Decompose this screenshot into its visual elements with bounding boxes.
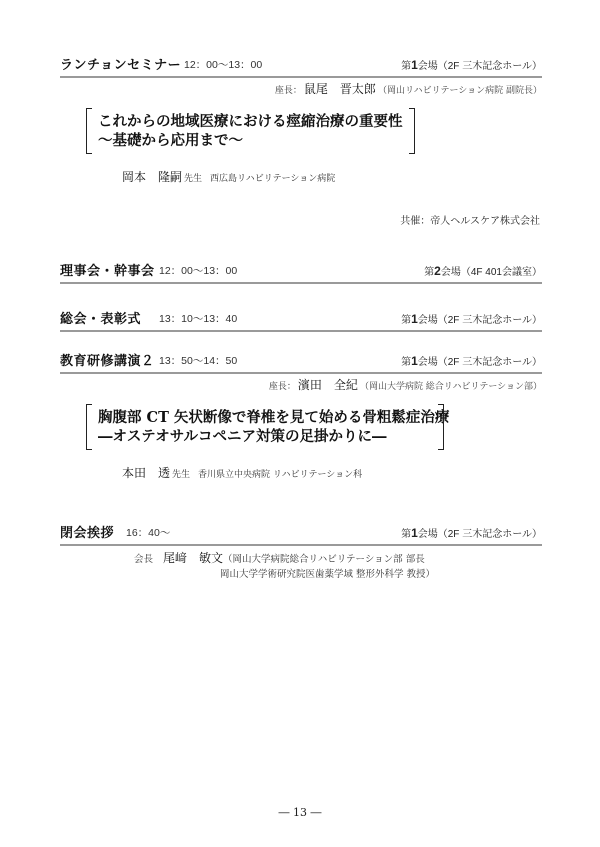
session-time: 12：00～13：00: [159, 263, 237, 278]
chair-name: 濱田 全紀: [298, 378, 358, 392]
session-room: 第2会場（4F 401会議室）: [424, 263, 542, 278]
session-time: 16：40～: [126, 525, 170, 540]
lecture-title: 胸腹部 CT 矢状断像で脊椎を見て始める骨粗鬆症治療: [98, 408, 432, 427]
page-number: ― 13 ―: [0, 806, 600, 819]
program-page: ランチョンセミナー 12：00～13：00 第1会場（2F 三木記念ホール） 座…: [0, 0, 600, 847]
session-header-closing: 閉会挨拶 16：40～ 第1会場（2F 三木記念ホール）: [60, 524, 542, 546]
right-bracket: [409, 108, 415, 154]
session-header-general: 総会・表彰式 13：10～13：40 第1会場（2F 三木記念ホール）: [60, 310, 542, 332]
right-bracket: [438, 404, 444, 450]
chair-name: 鼠尾 晋太郎: [304, 82, 376, 96]
session-time: 12：00～13：00: [184, 57, 262, 72]
chair-affiliation: （岡山リハビリテーション病院 副院長）: [378, 86, 542, 96]
left-bracket: [86, 108, 92, 154]
speaker: 岡本 隆嗣先生西広島リハビリテーション病院: [122, 168, 335, 185]
session-title: 閉会挨拶: [60, 522, 114, 541]
speaker: 本田 透先生香川県立中央病院 リハビリテーション科: [122, 464, 362, 481]
chairperson: 座長：濱田 全紀（岡山大学病院 総合リハビリテーション部）: [269, 376, 542, 393]
speaker-name: 岡本 隆嗣: [122, 170, 182, 184]
session-room: 第1会場（2F 三木記念ホール）: [401, 57, 542, 72]
speaker-affiliation-2: 岡山大学学術研究院医歯薬学域 整形外科学 教授）: [134, 567, 435, 582]
session-time: 13：50～14：50: [159, 353, 237, 368]
chairperson: 座長：鼠尾 晋太郎（岡山リハビリテーション病院 副院長）: [275, 80, 542, 97]
session-header-board: 理事会・幹事会 12：00～13：00 第2会場（4F 401会議室）: [60, 262, 542, 284]
lecture-title-box: 胸腹部 CT 矢状断像で脊椎を見て始める骨粗鬆症治療 ―オステオサルコペニア対策…: [86, 404, 444, 450]
session-title: 総会・表彰式: [60, 308, 141, 327]
left-bracket: [86, 404, 92, 450]
session-title: 理事会・幹事会: [60, 260, 155, 279]
speaker-affiliation: （岡山大学病院総合リハビリテーション部 部長: [223, 554, 425, 565]
session-header-luncheon: ランチョンセミナー 12：00～13：00 第1会場（2F 三木記念ホール）: [60, 56, 542, 78]
session-title: ランチョンセミナー: [60, 54, 181, 73]
session-header-education: 教育研修講演２ 13：50～14：50 第1会場（2F 三木記念ホール）: [60, 352, 542, 374]
lecture-subtitle: ～基礎から応用まで～: [98, 131, 403, 150]
session-title: 教育研修講演２: [60, 350, 155, 369]
session-room: 第1会場（2F 三木記念ホール）: [401, 525, 542, 540]
lecture-title-box: これからの地域医療における痙縮治療の重要性 ～基礎から応用まで～: [86, 108, 415, 154]
lecture-subtitle: ―オステオサルコペニア対策の足掛かりに―: [98, 427, 432, 446]
session-time: 13：10～13：40: [159, 311, 237, 326]
speaker-affiliation: 西広島リハビリテーション病院: [210, 174, 335, 184]
session-room: 第1会場（2F 三木記念ホール）: [401, 353, 542, 368]
closing-speaker: 会長尾﨑 敏文（岡山大学病院総合リハビリテーション部 部長 岡山大学学術研究院医…: [134, 551, 435, 582]
session-room: 第1会場（2F 三木記念ホール）: [401, 311, 542, 326]
speaker-affiliation: 香川県立中央病院 リハビリテーション科: [198, 470, 362, 480]
chair-affiliation: （岡山大学病院 総合リハビリテーション部）: [360, 382, 542, 392]
lecture-title: これからの地域医療における痙縮治療の重要性: [98, 112, 403, 131]
sponsor: 共催：帝人ヘルスケア株式会社: [400, 212, 540, 227]
speaker-role: 会長: [134, 554, 153, 565]
speaker-name: 尾﨑 敏文: [163, 551, 223, 565]
speaker-name: 本田 透: [122, 466, 170, 480]
